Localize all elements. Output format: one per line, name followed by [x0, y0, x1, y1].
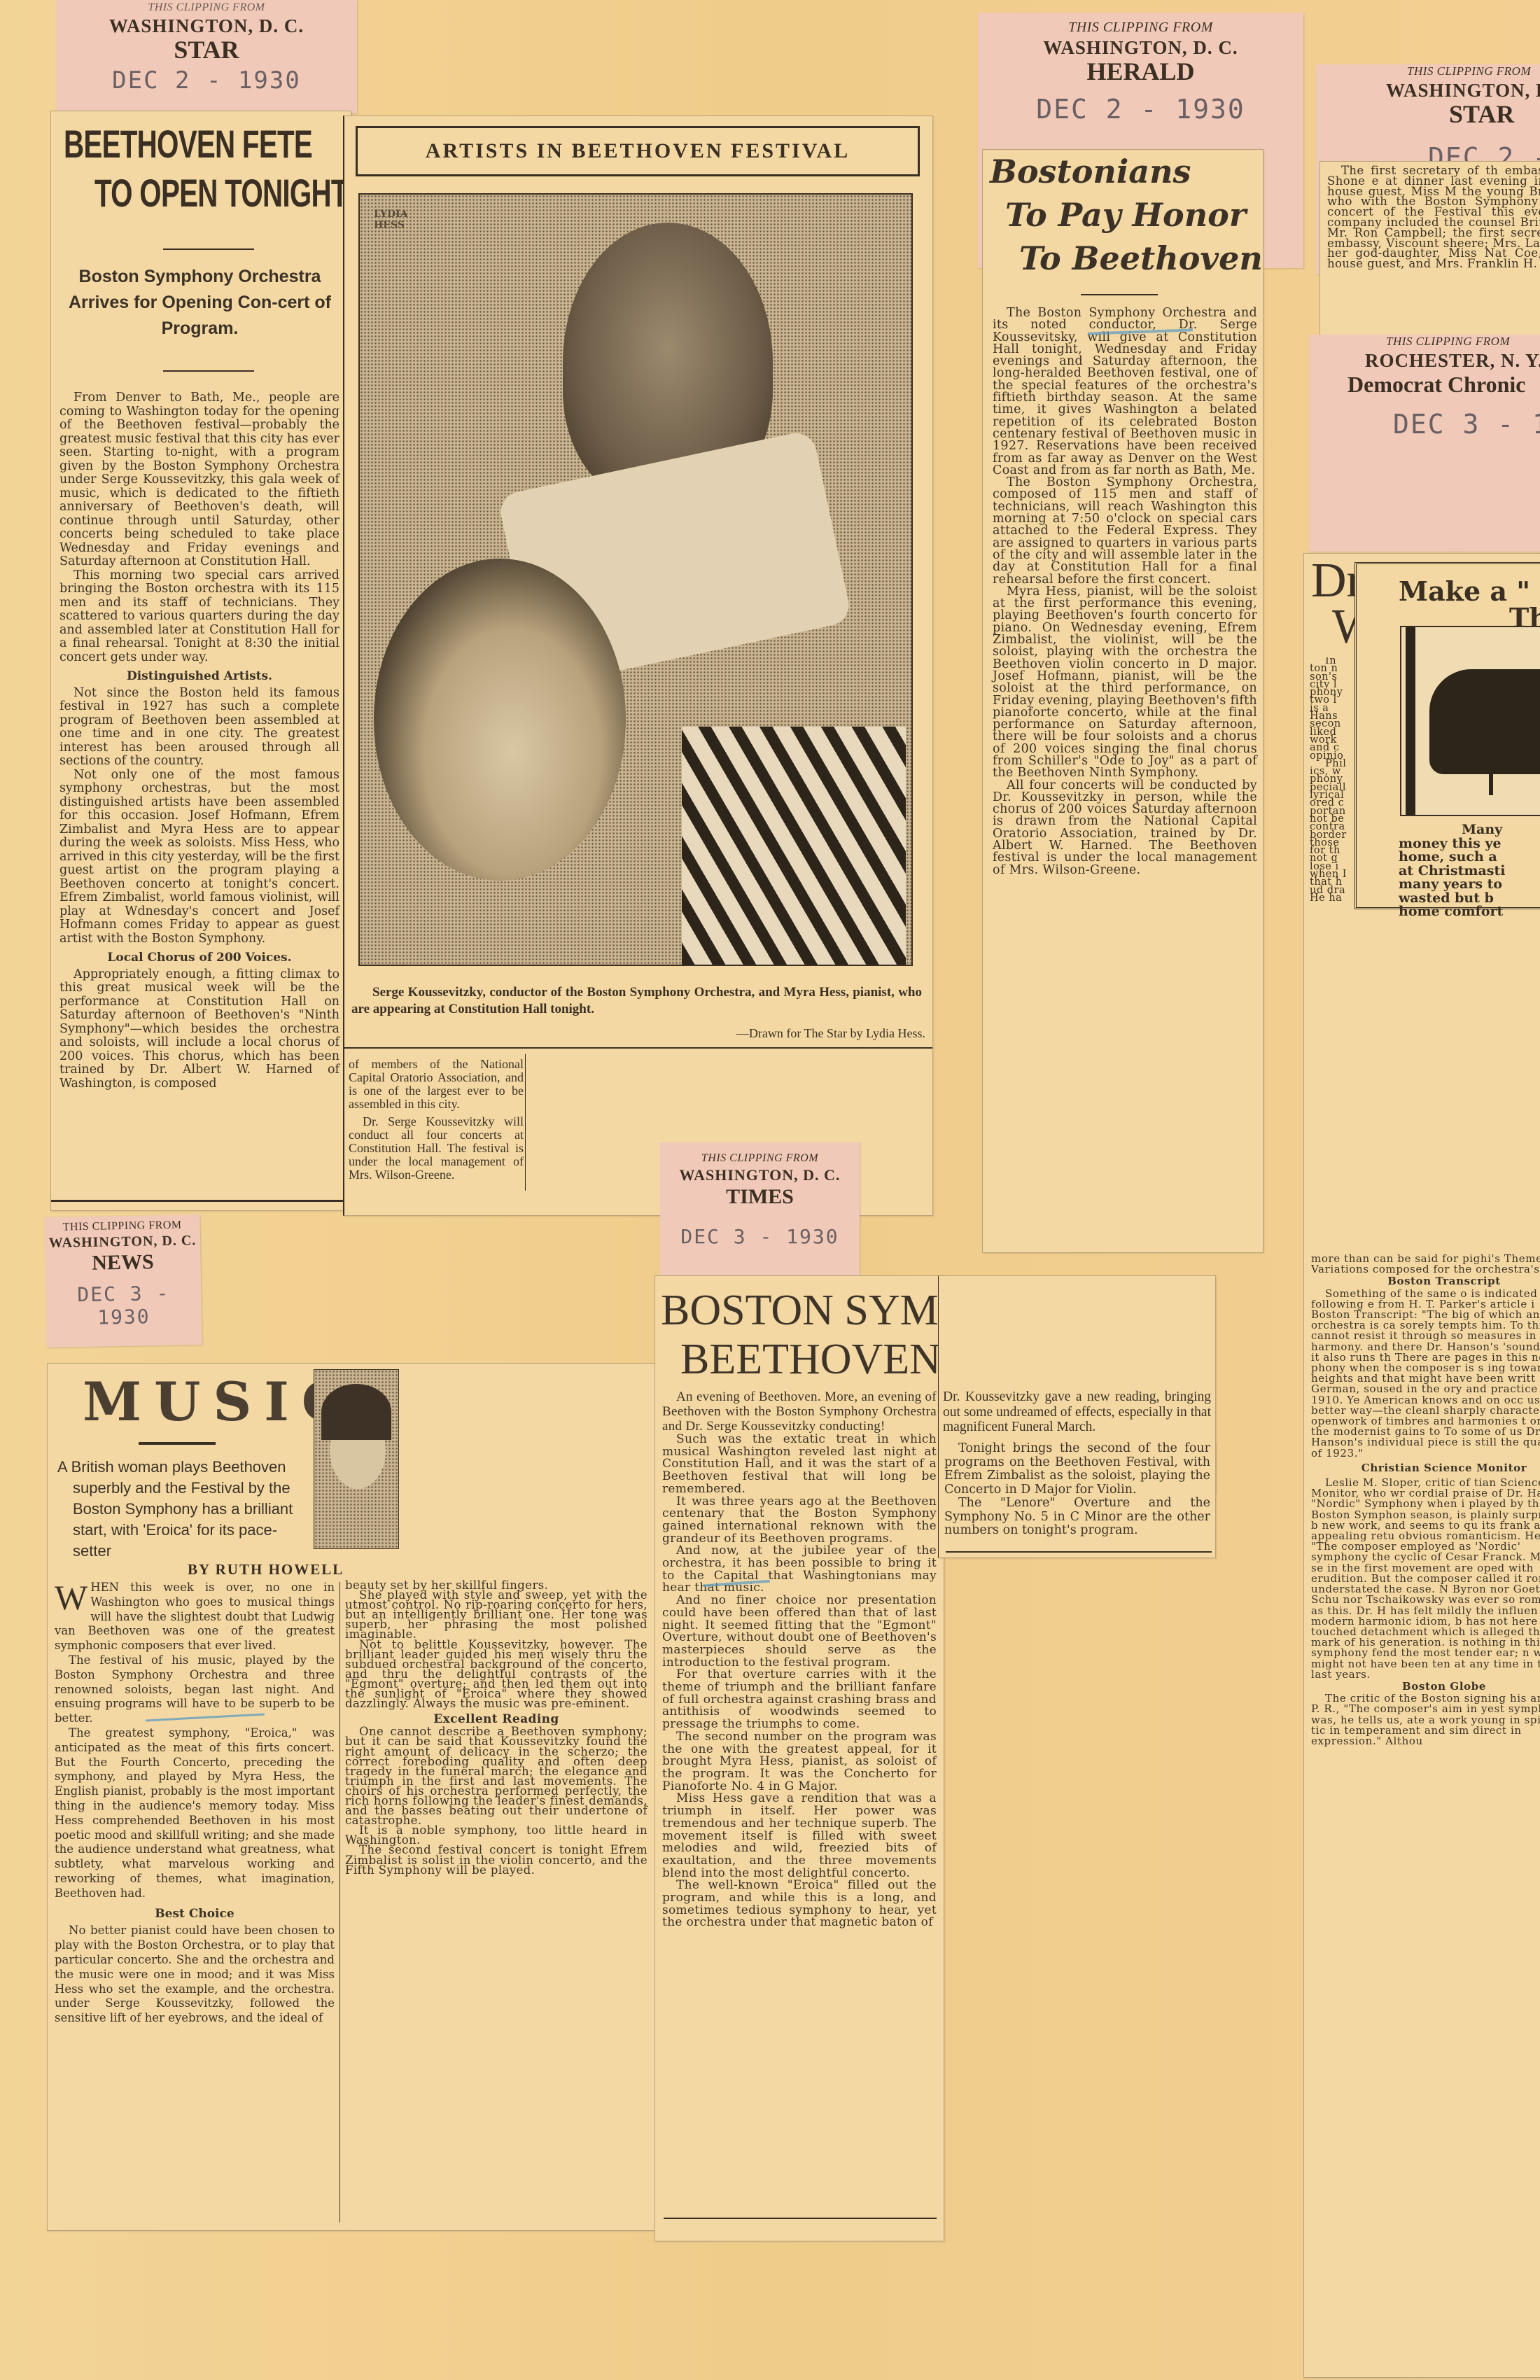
column-2-continued: Tonight brings the second of the four pr…: [944, 1442, 1210, 1538]
clipping-source-tab-star: THIS CLIPPING FROM WASHINGTON, D. C. STA…: [56, 0, 357, 113]
paragraph: The greatest symphony, "Eroica," was ant…: [55, 1726, 335, 1901]
source-paper: STAR: [1449, 101, 1540, 127]
source-city: WASHINGTON, D. C.: [45, 1233, 200, 1252]
ad-copy-line: home, such a: [1399, 850, 1540, 864]
paragraph: The first secretary of th embassy and Mr…: [1327, 166, 1540, 269]
artist-signature: LYDIA HESS: [374, 209, 416, 231]
article-beethoven-fete: BEETHOVEN FETE TO OPEN TONIGHT Boston Sy…: [50, 111, 351, 1211]
source-paper: STAR: [56, 37, 357, 62]
paragraph: Not to belittle Koussevitzky, however. T…: [345, 1640, 647, 1709]
paragraph: The festival of his music, played by the…: [55, 1653, 335, 1726]
paragraph: From Denver to Bath, Me., people are com…: [59, 391, 339, 569]
divider: [344, 1047, 932, 1049]
source-city: WASHINGTON, D. C.: [56, 15, 357, 37]
ad-copy-line: home comfort: [1399, 905, 1540, 919]
paragraph: The second number on the program was the…: [662, 1731, 937, 1793]
source-paper: TIMES: [660, 1184, 860, 1210]
divider: [163, 248, 254, 250]
headline-overflow-spacer: [939, 1276, 1215, 1381]
paragraph: Dr. Koussevitzky gave a new reading, bri…: [943, 1389, 1211, 1435]
paragraph: She played with style and sweep, yet wit…: [345, 1590, 647, 1639]
source-paper: HERALD: [978, 59, 1303, 84]
paragraph: And now, at the jubilee year of the orch…: [662, 1545, 937, 1595]
headline-line-3: To Beethoven: [1019, 237, 1263, 280]
ad-copy: Many money this ye home, such a at Chris…: [1399, 823, 1540, 919]
subhead: Best Choice: [55, 1907, 335, 1921]
paragraph: No better pianist could have been chosen…: [55, 1924, 335, 2026]
paragraph: One cannot describe a Beethoven symphony…: [345, 1727, 647, 1826]
ad-illustration-wing-chair: [1400, 626, 1540, 816]
paragraph: Not only one of the most famous symphony…: [59, 769, 339, 946]
clipping-from-label: THIS CLIPPING FROM: [1386, 335, 1540, 349]
ad-copy-line: many years to: [1399, 878, 1540, 892]
headline-line-2: TO OPEN TONIGHT: [94, 169, 377, 218]
clipping-source-tab-rochester: THIS CLIPPING FROM ROCHESTER, N. Y. Demo…: [1309, 335, 1540, 552]
paragraph: Leslie M. Sloper, critic of tian Science…: [1311, 1478, 1540, 1680]
paragraph: Tonight brings the second of the four pr…: [944, 1442, 1210, 1497]
paragraph: Appropriately enough, a fitting climax t…: [59, 968, 339, 1091]
clipping-from-label: THIS CLIPPING FROM: [1407, 64, 1540, 78]
paragraph: It was three years ago at the Beethoven …: [662, 1496, 937, 1546]
source-city: WASHINGTON, D. C.: [660, 1166, 860, 1184]
paragraph: The second festival concert is tonight E…: [345, 1845, 647, 1875]
divider: [139, 1442, 216, 1445]
paragraph: Something of the same o is indicated in …: [1311, 1289, 1540, 1459]
portrait-hair: [321, 1384, 391, 1440]
source-city: WASHINGTON, D: [1386, 80, 1540, 101]
paragraph: The "Lenore" Overture and the Symphony N…: [944, 1497, 1210, 1538]
portrait-myra-hess: [314, 1369, 399, 1549]
paragraph: Miss Hess gave a rendition that was a tr…: [662, 1793, 937, 1879]
paragraph: And no finer choice nor presentation cou…: [662, 1595, 937, 1669]
deck: A British woman plays Beethoven superbly…: [57, 1457, 311, 1562]
paragraph: The critic of the Boston signing his art…: [1311, 1693, 1540, 1746]
paragraph: Dr. Serge Koussevitzky will conduct all …: [349, 1115, 524, 1182]
clipping-from-label: THIS CLIPPING FROM: [44, 1219, 199, 1234]
column-divider: [339, 1582, 340, 2222]
divider: [664, 2218, 937, 2219]
continuation-column: of members of the National Capital Orato…: [349, 1058, 524, 1182]
column-2: beauty set by her skillful fingers. She …: [345, 1581, 647, 1875]
date-stamp: DEC 3 - 1930: [660, 1225, 860, 1248]
paragraph: Not since the Boston held its famous fes…: [59, 687, 339, 769]
column-1: W HEN this week is over, no one in Washi…: [55, 1581, 335, 2026]
article-boston-symphony-triumph: BOSTON SYMPHONY IN BEETHOVEN TRIUMPH An …: [654, 1275, 944, 2241]
clipping-source-tab-times: THIS CLIPPING FROM WASHINGTON, D. C. TIM…: [660, 1142, 860, 1278]
ad-headline-line-1: Make a ": [1399, 578, 1540, 605]
source-city: ROCHESTER, N. Y.: [1365, 350, 1540, 372]
paragraph: of members of the National Capital Orato…: [349, 1058, 524, 1111]
source-paper: NEWS: [45, 1249, 201, 1277]
article-society-dinner: The first secretary of th embassy and Mr…: [1319, 161, 1540, 337]
ad-headline: Make a " Th: [1399, 578, 1540, 631]
paragraph: Such was the extatic treat in which musi…: [662, 1434, 937, 1496]
illustration-credit: —Drawn for The Star by Lydia Hess.: [736, 1026, 925, 1041]
subhead: Boston Globe: [1311, 1681, 1540, 1692]
article-bostonians-pay-honor: Bostonians To Pay Honor To Beethoven The…: [982, 149, 1263, 1253]
divider: [946, 1551, 1212, 1553]
article-body: The first secretary of th embassy and Mr…: [1327, 166, 1540, 269]
clipping-from-label: THIS CLIPPING FROM: [56, 1, 357, 14]
wall-edge: [1406, 627, 1415, 815]
subhead: Boston Transcript: [1311, 1276, 1540, 1287]
column-2: Dr. Koussevitzky gave a new reading, bri…: [943, 1389, 1211, 1435]
headline-line-1: BEETHOVEN FETE: [64, 120, 346, 169]
paragraph: The Boston Symphony Orchestra, composed …: [993, 477, 1257, 586]
date-stamp: DEC 3 - 1930: [1393, 409, 1540, 440]
paragraph: Myra Hess, pianist, will be the soloist …: [993, 586, 1257, 780]
article-body: The Boston Symphony Orchestra and its no…: [993, 307, 1257, 876]
headline: BEETHOVEN FETE TO OPEN TONIGHT: [64, 120, 344, 218]
subhead: Distinguished Artists.: [59, 670, 339, 684]
paragraph: All four concerts will be conducted by D…: [993, 780, 1257, 876]
source-city: WASHINGTON, D. C.: [978, 37, 1303, 59]
article-artists-in-festival: ARTISTS IN BEETHOVEN FESTIVAL LYDIA HESS…: [343, 115, 933, 1216]
date-stamp: DEC 2 - 1930: [978, 94, 1303, 125]
paragraph: It is a noble symphony, too little heard…: [345, 1826, 647, 1845]
chair-shape: [1429, 669, 1540, 774]
source-paper: Democrat Chronic: [1347, 372, 1540, 398]
paragraph: The well-known "Eroica" filled out the p…: [662, 1879, 937, 1929]
clipping-source-tab-news: THIS CLIPPING FROM WASHINGTON, D. C. NEW…: [44, 1214, 202, 1347]
advertisement-make-a-christmas: Make a " Th Many money this ye home, suc…: [1354, 562, 1540, 909]
paragraph: HEN this week is over, no one in Washing…: [55, 1581, 335, 1653]
woman-figure: [374, 559, 626, 881]
divider: [51, 1200, 351, 1202]
article-body: From Denver to Bath, Me., people are com…: [59, 391, 339, 1091]
subhead: Excellent Reading: [345, 1714, 647, 1724]
paragraph: This morning two special cars arrived br…: [59, 569, 339, 665]
drop-cap: W: [55, 1582, 87, 1613]
article-boston-symphony-triumph-col2-cont: Tonight brings the second of the four pr…: [938, 1442, 1216, 1558]
paragraph: An evening of Beethoven. More, an evenin…: [662, 1389, 937, 1434]
date-stamp: DEC 2 - 1930: [56, 66, 357, 94]
caption: Serge Koussevitzky, conductor of the Bos…: [351, 984, 922, 1018]
deck: Boston Symphony Orchestra Arrives for Op…: [65, 264, 335, 342]
headline-line-2: To Pay Honor: [1005, 193, 1263, 237]
paragraph: more than can be said for pighi's Theme …: [1311, 1254, 1540, 1275]
article-music-ruth-howell: MUSIC A British woman plays Beethoven su…: [47, 1363, 657, 2231]
scrapbook-page: THIS CLIPPING FROM WASHINGTON, D. C. STA…: [0, 0, 1540, 2380]
headline: Bostonians To Pay Honor To Beethoven: [990, 150, 1263, 280]
ad-copy-lead: Many: [1462, 823, 1540, 837]
paragraph: For that overture carries with it the th…: [662, 1669, 937, 1731]
illustration-koussevitzky-and-hess: LYDIA HESS: [358, 193, 913, 966]
divider: [1081, 294, 1158, 295]
banner-title: ARTISTS IN BEETHOVEN FESTIVAL: [426, 139, 850, 162]
piano-keys: [682, 727, 906, 965]
date-stamp: DEC 3 - 1930: [45, 1281, 202, 1330]
article-rochester-review: Dr W Inton nson'scity lphonytwo lis aHan…: [1303, 553, 1540, 2378]
table-shape: [1489, 753, 1493, 795]
clipping-from-label: THIS CLIPPING FROM: [978, 20, 1303, 36]
divider: [163, 370, 254, 372]
subhead: Local Chorus of 200 Voices.: [59, 951, 339, 965]
subhead: Christian Science Monitor: [1311, 1463, 1540, 1473]
headline-line-1: Bostonians: [990, 150, 1263, 193]
column-divider: [525, 1054, 526, 1191]
article-body: more than can be said for pighi's Theme …: [1311, 1254, 1540, 1746]
clipping-from-label: THIS CLIPPING FROM: [660, 1152, 860, 1165]
banner-box: ARTISTS IN BEETHOVEN FESTIVAL: [356, 126, 920, 176]
byline: BY RUTH HOWELL: [188, 1561, 344, 1578]
column-1: An evening of Beethoven. More, an evenin…: [662, 1389, 937, 1929]
